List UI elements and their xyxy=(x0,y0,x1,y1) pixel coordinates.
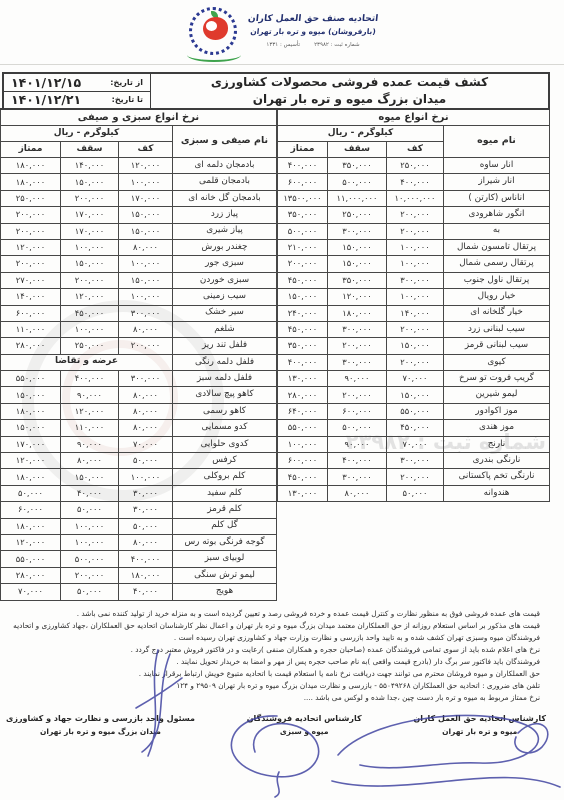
premium-price-cell: ۴۵۰,۰۰۰ xyxy=(278,272,328,288)
veg-table-body: بادمجان دلمه ای۱۲۰,۰۰۰۱۴۰,۰۰۰۱۸۰,۰۰۰بادم… xyxy=(0,158,276,601)
supply-demand-cell: عرضه و تقاضا xyxy=(0,354,172,370)
document-title: کشف قیمت عمده فروشی محصولات کشاورزی میدا… xyxy=(150,74,548,108)
premium-price-cell: ۲۱۰,۰۰۰ xyxy=(278,239,328,255)
table-row: انار شیراز۴۰۰,۰۰۰۵۰۰,۰۰۰۶۰۰,۰۰۰ xyxy=(278,174,550,190)
floor-price-cell: ۴۰۰,۰۰۰ xyxy=(387,174,444,190)
ceiling-price-cell: ۴۰۰,۰۰۰ xyxy=(328,453,387,469)
product-name-cell: کاهو پیچ سالادی xyxy=(173,387,277,403)
product-name-cell: نارنگی تخم پاکستانی xyxy=(444,469,550,485)
premium-price-cell: ۶۰۰,۰۰۰ xyxy=(278,174,328,190)
floor-price-cell: ۱۰۰,۰۰۰ xyxy=(387,289,444,305)
premium-price-cell: ۳۵۰,۰۰۰ xyxy=(278,207,328,223)
product-name-cell: کلم سفید xyxy=(173,485,277,501)
table-row: هندوانه۵۰,۰۰۰۸۰,۰۰۰۱۳۰,۰۰۰ xyxy=(278,485,550,501)
premium-price-cell: ۱۸۰,۰۰۰ xyxy=(0,174,60,190)
ceiling-price-cell: ۴۵۰,۰۰۰ xyxy=(61,305,119,321)
product-name-cell: موز هندی xyxy=(444,420,550,436)
floor-price-cell: ۷۰,۰۰۰ xyxy=(387,371,444,387)
table-row: کاهو پیچ سالادی۸۰,۰۰۰۹۰,۰۰۰۱۵۰,۰۰۰ xyxy=(0,387,276,403)
product-name-cell: لوبیای سبز xyxy=(173,551,277,567)
premium-price-cell: ۱۲۰,۰۰۰ xyxy=(0,534,60,550)
premium-price-cell: ۲۷۰,۰۰۰ xyxy=(0,272,60,288)
product-name-cell: گوجه فرنگی بوته رس xyxy=(173,534,277,550)
ceiling-price-cell: ۲۵۰,۰۰۰ xyxy=(61,338,119,354)
floor-price-cell: ۱۵۰,۰۰۰ xyxy=(387,338,444,354)
table-row: بادمجان دلمه ای۱۲۰,۰۰۰۱۴۰,۰۰۰۱۸۰,۰۰۰ xyxy=(0,158,276,174)
table-row: سیر خشک۳۰۰,۰۰۰۴۵۰,۰۰۰۶۰۰,۰۰۰ xyxy=(0,305,276,321)
ceiling-price-cell: ۱۵۰,۰۰۰ xyxy=(328,256,387,272)
table-row: کدو مسمایی۸۰,۰۰۰۱۱۰,۰۰۰۱۵۰,۰۰۰ xyxy=(0,420,276,436)
table-row: نارنگی تخم پاکستانی۲۰۰,۰۰۰۳۰۰,۰۰۰۴۵۰,۰۰۰ xyxy=(278,469,550,485)
table-row: پیاز شیری۱۵۰,۰۰۰۱۷۰,۰۰۰۲۰۰,۰۰۰ xyxy=(0,223,276,239)
product-name-cell: خیار رویال xyxy=(444,289,550,305)
premium-price-cell: ۱۲۰,۰۰۰ xyxy=(0,453,60,469)
table-row: لوبیای سبز۴۰۰,۰۰۰۵۰۰,۰۰۰۵۵۰,۰۰۰ xyxy=(0,551,276,567)
premium-price-cell: ۱۵۰,۰۰۰ xyxy=(0,420,60,436)
floor-price-cell: ۳۰۰,۰۰۰ xyxy=(119,305,173,321)
ceiling-price-cell: ۵۰,۰۰۰ xyxy=(61,502,119,518)
ceiling-price-cell: ۹۰,۰۰۰ xyxy=(328,371,387,387)
table-row: به۲۰۰,۰۰۰۳۰۰,۰۰۰۵۰۰,۰۰۰ xyxy=(278,223,550,239)
table-row: اناناس (کارتن )۱۰,۰۰۰,۰۰۰۱۱,۰۰۰,۰۰۰۱۳۵۰۰… xyxy=(278,190,550,206)
signature-title: کارشناس اتحادیه فروشندگان xyxy=(247,712,362,726)
footnote: حق العملکاران و میوه فروشان محترم می توا… xyxy=(12,668,540,680)
ceiling-price-cell: ۱۰۰,۰۰۰ xyxy=(61,321,119,337)
floor-price-cell: ۱۰۰,۰۰۰ xyxy=(387,239,444,255)
product-name-cell: موز اکوادور xyxy=(444,403,550,419)
premium-price-cell: ۱۳۵۰۰,۰۰۰ xyxy=(278,190,328,206)
table-row: لیمو شیرین۱۵۰,۰۰۰۲۰۰,۰۰۰۲۸۰,۰۰۰ xyxy=(278,387,550,403)
ceiling-price-cell: ۸۰,۰۰۰ xyxy=(328,485,387,501)
veg-floor-header: کف xyxy=(119,142,173,158)
premium-price-cell: ۵۵۰,۰۰۰ xyxy=(0,371,60,387)
floor-price-cell: ۴۰,۰۰۰ xyxy=(119,584,173,600)
table-row: لیمو ترش سنگی۱۸۰,۰۰۰۲۰۰,۰۰۰۲۸۰,۰۰۰ xyxy=(0,567,276,583)
ceiling-price-cell: ۱۸۰,۰۰۰ xyxy=(328,305,387,321)
table-row: گل کلم۵۰,۰۰۰۱۰۰,۰۰۰۱۸۰,۰۰۰ xyxy=(0,518,276,534)
table-row: موز اکوادور۵۵۰,۰۰۰۶۰۰,۰۰۰۶۴۰,۰۰۰ xyxy=(278,403,550,419)
premium-price-cell: ۱۱۰,۰۰۰ xyxy=(0,321,60,337)
ceiling-price-cell: ۳۰۰,۰۰۰ xyxy=(328,469,387,485)
premium-price-cell: ۱۷۰,۰۰۰ xyxy=(0,436,60,452)
footnote: تلفن های ضروری : اتحادیه حق العملکاران ۵… xyxy=(12,680,540,692)
product-name-cell: پرتقال ناول جنوب xyxy=(444,272,550,288)
table-row: سبزی جور۱۰۰,۰۰۰۱۵۰,۰۰۰۲۰۰,۰۰۰ xyxy=(0,256,276,272)
floor-price-cell: ۲۰۰,۰۰۰ xyxy=(387,223,444,239)
footnote: قیمت های عمده فروشی فوق به منظور نظارت و… xyxy=(12,608,540,620)
floor-price-cell: ۷۰,۰۰۰ xyxy=(119,436,173,452)
floor-price-cell: ۲۰۰,۰۰۰ xyxy=(387,207,444,223)
premium-price-cell: ۴۰۰,۰۰۰ xyxy=(278,354,328,370)
table-row: پرتقال ناول جنوب۳۰۰,۰۰۰۳۵۰,۰۰۰۴۵۰,۰۰۰ xyxy=(278,272,550,288)
table-row: کدوی حلوایی۷۰,۰۰۰۹۰,۰۰۰۱۷۰,۰۰۰ xyxy=(0,436,276,452)
ceiling-price-cell: ۹۰,۰۰۰ xyxy=(61,436,119,452)
registration-number: شماره ثبت : ۲۳۹۸۲ xyxy=(314,42,359,48)
veg-premium-header: ممتاز xyxy=(0,142,60,158)
table-row: پیاز زرد۱۵۰,۰۰۰۱۷۰,۰۰۰۲۰۰,۰۰۰ xyxy=(0,207,276,223)
title-line2: میدان بزرگ میوه و تره بار تهران xyxy=(253,91,446,108)
ceiling-price-cell: ۱۷۰,۰۰۰ xyxy=(61,207,119,223)
veg-name-header: نام صیفی و سبزی xyxy=(173,126,277,158)
premium-price-cell: ۱۴۰,۰۰۰ xyxy=(0,289,60,305)
floor-price-cell: ۲۰۰,۰۰۰ xyxy=(387,354,444,370)
premium-price-cell: ۳۵۰,۰۰۰ xyxy=(278,338,328,354)
footnote: نرخ های اعلام شده باید از سوی تمامی فروش… xyxy=(12,644,540,656)
table-row: انار ساوه۲۵۰,۰۰۰۳۵۰,۰۰۰۴۰۰,۰۰۰ xyxy=(278,158,550,174)
ceiling-price-cell: ۱۵۰,۰۰۰ xyxy=(328,239,387,255)
floor-price-cell: ۲۵۰,۰۰۰ xyxy=(387,158,444,174)
product-name-cell: به xyxy=(444,223,550,239)
veg-ceiling-header: سقف xyxy=(61,142,119,158)
product-name-cell: فلفل دلمه سبز xyxy=(173,371,277,387)
product-name-cell: نارنج xyxy=(444,436,550,452)
floor-price-cell: ۸۰,۰۰۰ xyxy=(119,403,173,419)
ceiling-price-cell: ۴۰۰,۰۰۰ xyxy=(61,371,119,387)
table-row: بادمجان گل خانه ای۱۷۰,۰۰۰۲۰۰,۰۰۰۲۵۰,۰۰۰ xyxy=(0,190,276,206)
product-name-cell: کدو مسمایی xyxy=(173,420,277,436)
fruit-floor-header: کف xyxy=(387,142,444,158)
footnotes: قیمت های عمده فروشی فوق به منظور نظارت و… xyxy=(12,608,540,704)
table-row: سیب لبنانی قرمز۱۵۰,۰۰۰۲۰۰,۰۰۰۳۵۰,۰۰۰ xyxy=(278,338,550,354)
table-row: پرتقال تامسون شمال۱۰۰,۰۰۰۱۵۰,۰۰۰۲۱۰,۰۰۰ xyxy=(278,239,550,255)
product-name-cell: گل کلم xyxy=(173,518,277,534)
premium-price-cell: ۱۵۰,۰۰۰ xyxy=(278,289,328,305)
table-row: شلغم۸۰,۰۰۰۱۰۰,۰۰۰۱۱۰,۰۰۰ xyxy=(0,321,276,337)
fruit-ceiling-header: سقف xyxy=(328,142,387,158)
product-name-cell: پرتقال تامسون شمال xyxy=(444,239,550,255)
premium-price-cell: ۱۳۰,۰۰۰ xyxy=(278,485,328,501)
signature-subtitle: میوه و سبزی xyxy=(247,726,362,739)
premium-price-cell: ۱۸۰,۰۰۰ xyxy=(0,469,60,485)
product-name-cell: انار شیراز xyxy=(444,174,550,190)
product-name-cell: هویج xyxy=(173,584,277,600)
premium-price-cell: ۴۰۰,۰۰۰ xyxy=(278,158,328,174)
ceiling-price-cell: ۱۱۰,۰۰۰ xyxy=(61,420,119,436)
ceiling-price-cell: ۵۰۰,۰۰۰ xyxy=(328,420,387,436)
premium-price-cell: ۶۰۰,۰۰۰ xyxy=(0,305,60,321)
signature-block-sellers-union: کارشناس اتحادیه فروشندگان میوه و سبزی xyxy=(247,712,362,738)
from-date-row: از تاریخ: ۱۴۰۱/۱۲/۱۵ xyxy=(4,74,150,91)
ceiling-price-cell: ۱۱,۰۰۰,۰۰۰ xyxy=(328,190,387,206)
premium-price-cell: ۲۰۰,۰۰۰ xyxy=(0,256,60,272)
product-name-cell: کاهو رسمی xyxy=(173,403,277,419)
table-row: نارنگی بندری۳۰۰,۰۰۰۴۰۰,۰۰۰۶۰۰,۰۰۰ xyxy=(278,453,550,469)
logo-fruit xyxy=(203,17,228,40)
veg-unit-header: کیلوگرم - ریال xyxy=(0,126,172,142)
table-row: کلم سفید۳۰,۰۰۰۴۰,۰۰۰۵۰,۰۰۰ xyxy=(0,485,276,501)
table-row: سبزی خوردن۱۵۰,۰۰۰۲۰۰,۰۰۰۲۷۰,۰۰۰ xyxy=(0,272,276,288)
table-row: موز هندی۴۵۰,۰۰۰۵۰۰,۰۰۰۵۵۰,۰۰۰ xyxy=(278,420,550,436)
product-name-cell: کرفس xyxy=(173,453,277,469)
product-name-cell: سبزی خوردن xyxy=(173,272,277,288)
to-date-value: ۱۴۰۱/۱۲/۲۱ xyxy=(11,92,81,107)
floor-price-cell: ۱۴۰,۰۰۰ xyxy=(387,305,444,321)
ceiling-price-cell: ۳۵۰,۰۰۰ xyxy=(328,272,387,288)
premium-price-cell: ۱۰۰,۰۰۰ xyxy=(278,436,328,452)
ceiling-price-cell: ۲۰۰,۰۰۰ xyxy=(328,387,387,403)
floor-price-cell: ۷۰,۰۰۰ xyxy=(387,436,444,452)
floor-price-cell: ۸۰,۰۰۰ xyxy=(119,239,173,255)
premium-price-cell: ۶۴۰,۰۰۰ xyxy=(278,403,328,419)
product-name-cell: سبزی جور xyxy=(173,256,277,272)
product-name-cell: کلم قرمز xyxy=(173,502,277,518)
product-name-cell: سیب لبنانی زرد xyxy=(444,321,550,337)
product-name-cell: بادمجان گل خانه ای xyxy=(173,190,277,206)
product-name-cell: پرتقال رسمی شمال xyxy=(444,256,550,272)
product-name-cell: لیمو شیرین xyxy=(444,387,550,403)
product-name-cell: گریپ فروت تو سرخ xyxy=(444,371,550,387)
table-row: کلم بروکلی۱۰۰,۰۰۰۱۵۰,۰۰۰۱۸۰,۰۰۰ xyxy=(0,469,276,485)
title-line1: کشف قیمت عمده فروشی محصولات کشاورزی xyxy=(211,74,488,91)
signature-block-inspection-unit: مسئول واحد بازرسی و نظارت جهاد و کشاورزی… xyxy=(6,712,195,738)
ceiling-price-cell: ۲۰۰,۰۰۰ xyxy=(61,272,119,288)
logo-swoosh xyxy=(187,48,241,62)
table-row: فلفل دلمه رنگیعرضه و تقاضا xyxy=(0,354,276,370)
product-name-cell: فلفل تند ریز xyxy=(173,338,277,354)
ceiling-price-cell: ۴۰,۰۰۰ xyxy=(61,485,119,501)
signature-title: مسئول واحد بازرسی و نظارت جهاد و کشاورزی xyxy=(6,712,195,726)
product-name-cell: پیاز شیری xyxy=(173,223,277,239)
union-name-line1: اتحادیه صنف حق العمل کاران xyxy=(247,14,378,24)
table-row: چغندر بورش۸۰,۰۰۰۱۰۰,۰۰۰۱۲۰,۰۰۰ xyxy=(0,239,276,255)
table-row: گوجه فرنگی بوته رس۸۰,۰۰۰۱۰۰,۰۰۰۱۲۰,۰۰۰ xyxy=(0,534,276,550)
premium-price-cell: ۶۰,۰۰۰ xyxy=(0,502,60,518)
from-date-value: ۱۴۰۱/۱۲/۱۵ xyxy=(11,75,81,90)
union-name-line2: (بارفروشان) میوه و تره بار تهران xyxy=(247,27,378,36)
date-range-block: از تاریخ: ۱۴۰۱/۱۲/۱۵ تا تاریخ: ۱۴۰۱/۱۲/۲… xyxy=(4,74,150,108)
floor-price-cell: ۳۰۰,۰۰۰ xyxy=(119,371,173,387)
premium-price-cell: ۱۲۰,۰۰۰ xyxy=(0,239,60,255)
floor-price-cell: ۱۵۰,۰۰۰ xyxy=(119,272,173,288)
product-name-cell: انگور شاهرودی xyxy=(444,207,550,223)
table-row: کاهو رسمی۸۰,۰۰۰۱۲۰,۰۰۰۱۸۰,۰۰۰ xyxy=(0,403,276,419)
ceiling-price-cell: ۱۲۰,۰۰۰ xyxy=(61,289,119,305)
floor-price-cell: ۵۵۰,۰۰۰ xyxy=(387,403,444,419)
floor-price-cell: ۲۰۰,۰۰۰ xyxy=(387,321,444,337)
union-logo-icon xyxy=(186,6,242,66)
floor-price-cell: ۸۰,۰۰۰ xyxy=(119,420,173,436)
fruit-price-table: نرخ انواع میوه نام میوه کیلوگرم - ریال ک… xyxy=(277,108,550,502)
product-name-cell: بادمجان قلمی xyxy=(173,174,277,190)
product-name-cell: پیاز زرد xyxy=(173,207,277,223)
fruit-name-header: نام میوه xyxy=(444,126,550,158)
premium-price-cell: ۵۰,۰۰۰ xyxy=(0,485,60,501)
floor-price-cell: ۸۰,۰۰۰ xyxy=(119,387,173,403)
premium-price-cell: ۲۰۰,۰۰۰ xyxy=(0,223,60,239)
premium-price-cell: ۲۵۰,۰۰۰ xyxy=(0,190,60,206)
scan-artifact-line xyxy=(0,64,564,65)
signature-block-commission-agents: کارشناس اتحادیه حق العمل کاران میوه و تر… xyxy=(413,712,546,738)
product-name-cell: انار ساوه xyxy=(444,158,550,174)
floor-price-cell: ۱۵۰,۰۰۰ xyxy=(119,207,173,223)
signature-subtitle: میدان بزرگ میوه و تره بار تهران xyxy=(6,726,195,739)
ceiling-price-cell: ۲۰۰,۰۰۰ xyxy=(61,190,119,206)
footnote: فروشندگان باید فاکتور سر برگ دار (بادرج … xyxy=(12,656,540,668)
table-row: گریپ فروت تو سرخ۷۰,۰۰۰۹۰,۰۰۰۱۳۰,۰۰۰ xyxy=(278,371,550,387)
floor-price-cell: ۵۰,۰۰۰ xyxy=(119,518,173,534)
union-registration-line: شماره ثبت : ۲۳۹۸۲ تأسیس : ۱۳۳۱ xyxy=(248,42,378,48)
table-row: خیار رویال۱۰۰,۰۰۰۱۲۰,۰۰۰۱۵۰,۰۰۰ xyxy=(278,289,550,305)
product-name-cell: چغندر بورش xyxy=(173,239,277,255)
premium-price-cell: ۲۴۰,۰۰۰ xyxy=(278,305,328,321)
premium-price-cell: ۷۰,۰۰۰ xyxy=(0,584,60,600)
product-name-cell: سیر خشک xyxy=(173,305,277,321)
floor-price-cell: ۳۰۰,۰۰۰ xyxy=(387,453,444,469)
floor-price-cell: ۵۰,۰۰۰ xyxy=(387,485,444,501)
premium-price-cell: ۲۸۰,۰۰۰ xyxy=(278,387,328,403)
table-row: کرفس۵۰,۰۰۰۸۰,۰۰۰۱۲۰,۰۰۰ xyxy=(0,453,276,469)
product-name-cell: هندوانه xyxy=(444,485,550,501)
product-name-cell: کلم بروکلی xyxy=(173,469,277,485)
premium-price-cell: ۵۵۰,۰۰۰ xyxy=(278,420,328,436)
ceiling-price-cell: ۵۰,۰۰۰ xyxy=(61,584,119,600)
premium-price-cell: ۲۸۰,۰۰۰ xyxy=(0,338,60,354)
ceiling-price-cell: ۱۵۰,۰۰۰ xyxy=(61,256,119,272)
floor-price-cell: ۵۰,۰۰۰ xyxy=(119,453,173,469)
table-row: سیب زمینی۱۰۰,۰۰۰۱۲۰,۰۰۰۱۴۰,۰۰۰ xyxy=(0,289,276,305)
table-row: نارنج۷۰,۰۰۰۹۰,۰۰۰۱۰۰,۰۰۰ xyxy=(278,436,550,452)
ceiling-price-cell: ۹۰,۰۰۰ xyxy=(61,387,119,403)
table-row: کیوی۲۰۰,۰۰۰۳۰۰,۰۰۰۴۰۰,۰۰۰ xyxy=(278,354,550,370)
table-row: بادمجان قلمی۱۰۰,۰۰۰۱۵۰,۰۰۰۱۸۰,۰۰۰ xyxy=(0,174,276,190)
veg-table-title: نرخ انواع سبزی و صیفی xyxy=(0,109,276,126)
title-bar: کشف قیمت عمده فروشی محصولات کشاورزی میدا… xyxy=(2,72,550,110)
ceiling-price-cell: ۳۰۰,۰۰۰ xyxy=(328,223,387,239)
floor-price-cell: ۱۵۰,۰۰۰ xyxy=(119,223,173,239)
premium-price-cell: ۱۳۰,۰۰۰ xyxy=(278,371,328,387)
product-name-cell: شلغم xyxy=(173,321,277,337)
floor-price-cell: ۱۰۰,۰۰۰ xyxy=(119,289,173,305)
from-date-label: از تاریخ: xyxy=(110,78,143,87)
ceiling-price-cell: ۱۲۰,۰۰۰ xyxy=(328,289,387,305)
ceiling-price-cell: ۲۰۰,۰۰۰ xyxy=(328,338,387,354)
floor-price-cell: ۱۵۰,۰۰۰ xyxy=(387,387,444,403)
fruit-unit-header: کیلوگرم - ریال xyxy=(278,126,444,142)
product-name-cell: خیار گلخانه ای xyxy=(444,305,550,321)
ceiling-price-cell: ۱۲۰,۰۰۰ xyxy=(61,403,119,419)
ceiling-price-cell: ۱۰۰,۰۰۰ xyxy=(61,239,119,255)
price-tables: نرخ انواع میوه نام میوه کیلوگرم - ریال ک… xyxy=(2,108,550,601)
floor-price-cell: ۱۸۰,۰۰۰ xyxy=(119,567,173,583)
premium-price-cell: ۴۵۰,۰۰۰ xyxy=(278,321,328,337)
premium-price-cell: ۶۰۰,۰۰۰ xyxy=(278,453,328,469)
signature-title: کارشناس اتحادیه حق العمل کاران xyxy=(413,712,546,726)
floor-price-cell: ۱۷۰,۰۰۰ xyxy=(119,190,173,206)
floor-price-cell: ۱۰۰,۰۰۰ xyxy=(119,469,173,485)
floor-price-cell: ۱۰۰,۰۰۰ xyxy=(119,256,173,272)
fruit-table-body: انار ساوه۲۵۰,۰۰۰۳۵۰,۰۰۰۴۰۰,۰۰۰انار شیراز… xyxy=(278,158,550,502)
document-page: شماره ثبت : ۲۳۹۸۲ اتحادیه صنف حق العمل ک… xyxy=(0,0,564,800)
premium-price-cell: ۲۰۰,۰۰۰ xyxy=(0,207,60,223)
footnote: نرخ ممتاز مربوط به میوه و تره بار دست چی… xyxy=(12,692,540,704)
floor-price-cell: ۳۰۰,۰۰۰ xyxy=(387,272,444,288)
floor-price-cell: ۴۵۰,۰۰۰ xyxy=(387,420,444,436)
table-row: انگور شاهرودی۲۰۰,۰۰۰۲۵۰,۰۰۰۳۵۰,۰۰۰ xyxy=(278,207,550,223)
document-header: اتحادیه صنف حق العمل کاران (بارفروشان) م… xyxy=(0,6,564,66)
floor-price-cell: ۸۰,۰۰۰ xyxy=(119,534,173,550)
floor-price-cell: ۱۰۰,۰۰۰ xyxy=(387,256,444,272)
ceiling-price-cell: ۱۰۰,۰۰۰ xyxy=(61,534,119,550)
ceiling-price-cell: ۳۰۰,۰۰۰ xyxy=(328,321,387,337)
floor-price-cell: ۸۰,۰۰۰ xyxy=(119,321,173,337)
product-name-cell: سیب زمینی xyxy=(173,289,277,305)
premium-price-cell: ۱۸۰,۰۰۰ xyxy=(0,158,60,174)
floor-price-cell: ۱۲۰,۰۰۰ xyxy=(119,158,173,174)
establishment-year: تأسیس : ۱۳۳۱ xyxy=(266,42,300,48)
ceiling-price-cell: ۱۷۰,۰۰۰ xyxy=(61,223,119,239)
floor-price-cell: ۱۰۰,۰۰۰ xyxy=(119,174,173,190)
table-row: فلفل دلمه سبز۳۰۰,۰۰۰۴۰۰,۰۰۰۵۵۰,۰۰۰ xyxy=(0,371,276,387)
ceiling-price-cell: ۵۰۰,۰۰۰ xyxy=(328,174,387,190)
ceiling-price-cell: ۱۵۰,۰۰۰ xyxy=(61,174,119,190)
premium-price-cell: ۱۵۰,۰۰۰ xyxy=(0,387,60,403)
ceiling-price-cell: ۸۰,۰۰۰ xyxy=(61,453,119,469)
floor-price-cell: ۳۰,۰۰۰ xyxy=(119,502,173,518)
signature-row: کارشناس اتحادیه حق العمل کاران میوه و تر… xyxy=(2,712,550,738)
product-name-cell: کدوی حلوایی xyxy=(173,436,277,452)
table-row: فلفل تند ریز۲۰۰,۰۰۰۲۵۰,۰۰۰۲۸۰,۰۰۰ xyxy=(0,338,276,354)
product-name-cell: بادمجان دلمه ای xyxy=(173,158,277,174)
ceiling-price-cell: ۱۵۰,۰۰۰ xyxy=(61,469,119,485)
premium-price-cell: ۲۰۰,۰۰۰ xyxy=(278,256,328,272)
fruit-table-title: نرخ انواع میوه xyxy=(278,109,550,126)
floor-price-cell: ۲۰۰,۰۰۰ xyxy=(387,469,444,485)
floor-price-cell: ۱۰,۰۰۰,۰۰۰ xyxy=(387,190,444,206)
to-date-label: تا تاریخ: xyxy=(112,95,143,104)
floor-price-cell: ۳۰,۰۰۰ xyxy=(119,485,173,501)
table-row: کلم قرمز۳۰,۰۰۰۵۰,۰۰۰۶۰,۰۰۰ xyxy=(0,502,276,518)
product-name-cell: اناناس (کارتن ) xyxy=(444,190,550,206)
table-row: هویج۴۰,۰۰۰۵۰,۰۰۰۷۰,۰۰۰ xyxy=(0,584,276,600)
footnote: قیمت های مذکور بر اساس استعلام روزانه از… xyxy=(12,620,540,643)
table-row: خیار گلخانه ای۱۴۰,۰۰۰۱۸۰,۰۰۰۲۴۰,۰۰۰ xyxy=(278,305,550,321)
premium-price-cell: ۱۸۰,۰۰۰ xyxy=(0,518,60,534)
vegetable-price-table: نرخ انواع سبزی و صیفی نام صیفی و سبزی کی… xyxy=(0,108,277,601)
fruit-premium-header: ممتاز xyxy=(278,142,328,158)
ceiling-price-cell: ۳۰۰,۰۰۰ xyxy=(328,354,387,370)
floor-price-cell: ۴۰۰,۰۰۰ xyxy=(119,551,173,567)
product-name-cell: لیمو ترش سنگی xyxy=(173,567,277,583)
premium-price-cell: ۴۵۰,۰۰۰ xyxy=(278,469,328,485)
product-name-cell: نارنگی بندری xyxy=(444,453,550,469)
floor-price-cell: ۲۰۰,۰۰۰ xyxy=(119,338,173,354)
union-name-block: اتحادیه صنف حق العمل کاران (بارفروشان) م… xyxy=(248,6,378,48)
ceiling-price-cell: ۳۵۰,۰۰۰ xyxy=(328,158,387,174)
table-row: پرتقال رسمی شمال۱۰۰,۰۰۰۱۵۰,۰۰۰۲۰۰,۰۰۰ xyxy=(278,256,550,272)
ceiling-price-cell: ۲۰۰,۰۰۰ xyxy=(61,567,119,583)
signature-subtitle: میوه و تره بار تهران xyxy=(413,726,546,739)
product-name-cell: سیب لبنانی قرمز xyxy=(444,338,550,354)
ceiling-price-cell: ۲۵۰,۰۰۰ xyxy=(328,207,387,223)
ceiling-price-cell: ۱۴۰,۰۰۰ xyxy=(61,158,119,174)
ceiling-price-cell: ۱۰۰,۰۰۰ xyxy=(61,518,119,534)
premium-price-cell: ۵۵۰,۰۰۰ xyxy=(0,551,60,567)
premium-price-cell: ۱۸۰,۰۰۰ xyxy=(0,403,60,419)
premium-price-cell: ۵۰۰,۰۰۰ xyxy=(278,223,328,239)
table-row: سیب لبنانی زرد۲۰۰,۰۰۰۳۰۰,۰۰۰۴۵۰,۰۰۰ xyxy=(278,321,550,337)
ceiling-price-cell: ۹۰,۰۰۰ xyxy=(328,436,387,452)
ceiling-price-cell: ۶۰۰,۰۰۰ xyxy=(328,403,387,419)
product-name-cell: کیوی xyxy=(444,354,550,370)
premium-price-cell: ۲۸۰,۰۰۰ xyxy=(0,567,60,583)
product-name-cell: فلفل دلمه رنگی xyxy=(173,354,277,370)
ceiling-price-cell: ۵۰۰,۰۰۰ xyxy=(61,551,119,567)
to-date-row: تا تاریخ: ۱۴۰۱/۱۲/۲۱ xyxy=(4,91,150,109)
